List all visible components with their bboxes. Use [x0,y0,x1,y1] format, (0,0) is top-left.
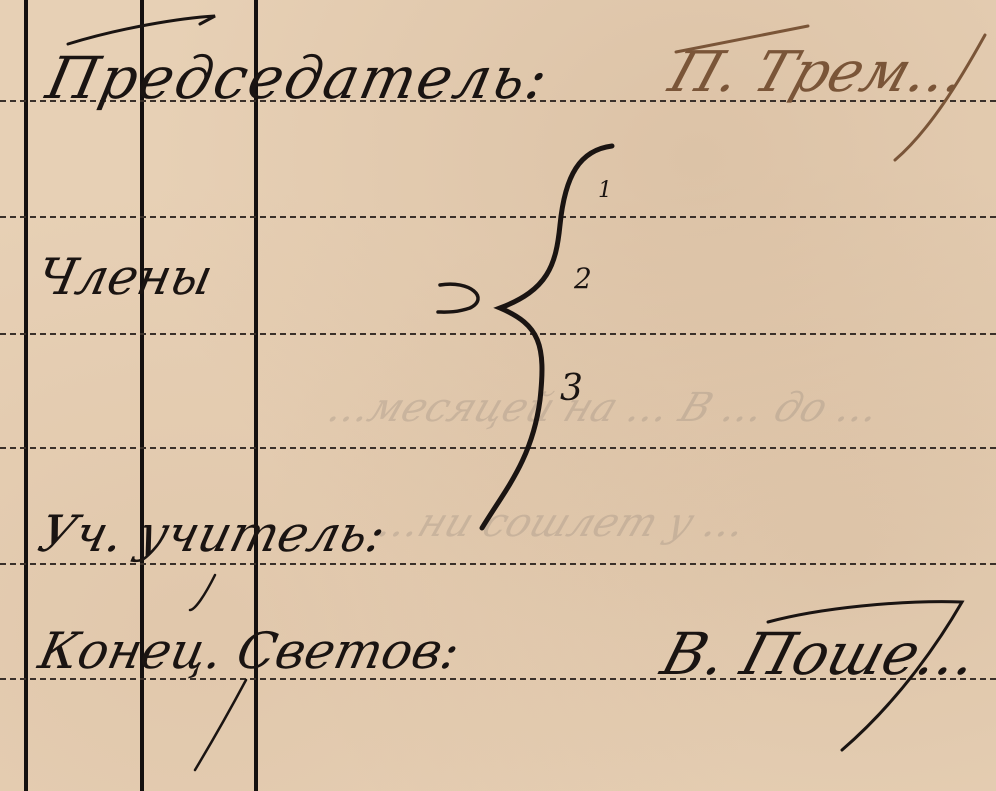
svetov-label: Конец. Светов: [34,622,465,680]
member-number-2: 2 [574,262,592,295]
svetov-signature: В. Поше… [654,620,986,688]
member-number-1: 1 [598,178,612,203]
teacher-label: Уч. учитель: [33,505,392,563]
member-number-3: 3 [560,368,583,409]
document-page: …месяцей на … В … до … …ни сошлет у … Пр… [0,0,996,791]
